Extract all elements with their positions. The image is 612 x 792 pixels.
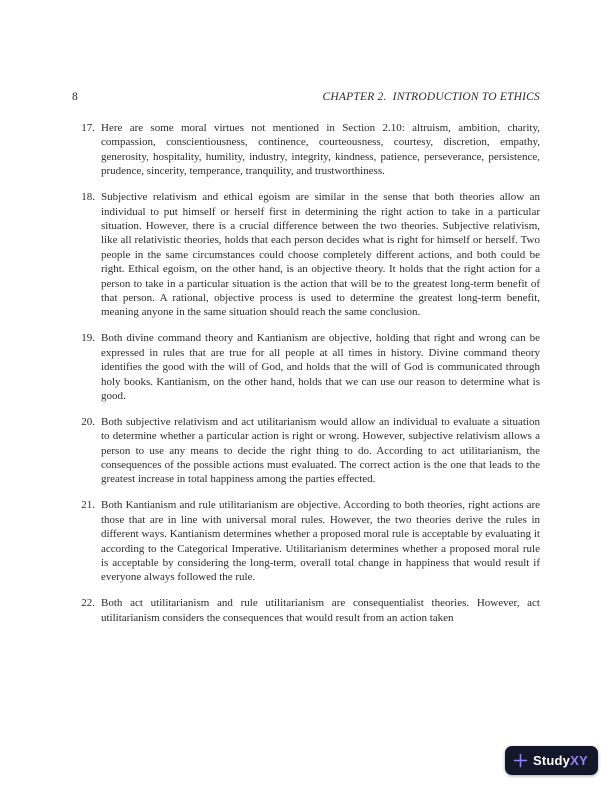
exercise-list: 17. Here are some moral virtues not ment… [72, 121, 540, 637]
chapter-header: CHAPTER 2. INTRODUCTION TO ETHICS [323, 91, 540, 103]
page-number: 8 [72, 91, 78, 103]
plus-icon [513, 753, 528, 768]
document-page: 8 CHAPTER 2. INTRODUCTION TO ETHICS 17. … [0, 0, 612, 792]
brand-study: Study [533, 753, 570, 768]
list-item: 22. Both act utilitarianism and rule uti… [72, 596, 540, 625]
list-item: 17. Here are some moral virtues not ment… [72, 121, 540, 179]
list-item: 18. Subjective relativism and ethical eg… [72, 190, 540, 320]
list-item: 21. Both Kantianism and rule utilitarian… [72, 498, 540, 584]
brand-xy: XY [570, 753, 588, 768]
item-text: Subjective relativism and ethical egoism… [101, 190, 540, 320]
item-text: Both divine command theory and Kantianis… [101, 331, 540, 403]
item-text: Both subjective relativism and act utili… [101, 415, 540, 487]
item-text: Both act utilitarianism and rule utilita… [101, 596, 540, 625]
item-text: Both Kantianism and rule utilitarianism … [101, 498, 540, 584]
item-number: 21. [72, 498, 95, 584]
item-text: Here are some moral virtues not mentione… [101, 121, 540, 179]
running-header: 8 CHAPTER 2. INTRODUCTION TO ETHICS [72, 91, 540, 103]
list-item: 19. Both divine command theory and Kanti… [72, 331, 540, 403]
item-number: 19. [72, 331, 95, 403]
studyxy-logo[interactable]: StudyXY [505, 746, 598, 775]
item-number: 18. [72, 190, 95, 320]
studyxy-wordmark: StudyXY [533, 753, 588, 768]
item-number: 17. [72, 121, 95, 179]
item-number: 20. [72, 415, 95, 487]
list-item: 20. Both subjective relativism and act u… [72, 415, 540, 487]
item-number: 22. [72, 596, 95, 625]
